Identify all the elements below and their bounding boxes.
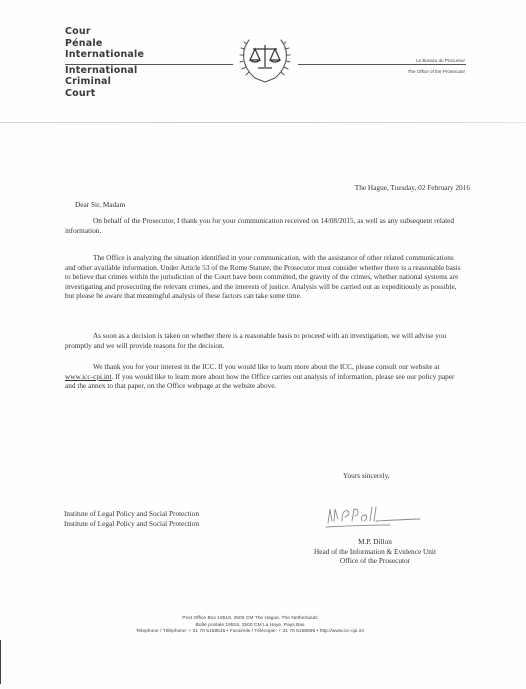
signer-block: M.P. Dillon Head of the Information & Ev… [290, 537, 460, 566]
paragraph-3: As soon as a decision is taken on whethe… [65, 331, 465, 350]
paragraph-4-text: We thank you for your interest in the IC… [93, 362, 440, 371]
header-rule-left [65, 64, 233, 65]
court-name-block: Cour Pénale Internationale International… [65, 26, 144, 99]
court-name-en-line: International [65, 65, 144, 77]
header-divider [0, 122, 526, 123]
court-name-fr-line: Pénale [65, 38, 144, 50]
court-name-en: International Criminal Court [65, 65, 144, 100]
signer-office: Office of the Prosecutor [290, 556, 460, 566]
court-name-fr: Cour Pénale Internationale [65, 26, 144, 61]
closing: Yours sincerely, [343, 471, 390, 481]
paragraph-4: We thank you for your interest in the IC… [65, 362, 465, 391]
letter-date: The Hague, Tuesday, 02 February 2016 [355, 183, 470, 192]
paragraph-1: On behalf of the Prosecutor, I thank you… [65, 216, 465, 235]
scan-edge-mark [0, 640, 1, 684]
office-name-fr: Le Bureau du Procureur [416, 58, 465, 63]
paragraph-2: The Office is analyzing the situation id… [65, 253, 465, 301]
court-name-fr-line: Cour [65, 26, 144, 38]
footer-address: Post Office Box 19519, 2500 CM The Hague… [80, 616, 420, 636]
letter-page: Cour Pénale Internationale International… [0, 0, 526, 689]
paragraph-4-text: . If you would like to learn more about … [65, 372, 454, 391]
header-rule-right [298, 64, 466, 65]
footer-line: Telephone / Téléphone: + 31 70 5158515 •… [80, 629, 420, 636]
court-name-en-line: Criminal [65, 76, 144, 88]
signer-name: M.P. Dillon [290, 537, 460, 547]
court-name-en-line: Court [65, 88, 144, 100]
scales-of-justice-laurel-icon [235, 34, 295, 86]
court-name-fr-line: Internationale [65, 49, 144, 61]
recipient-line: Institute of Legal Policy and Social Pro… [64, 509, 199, 519]
signer-title: Head of the Information & Evidence Unit [290, 547, 460, 557]
recipient-line: Institute of Legal Policy and Social Pro… [64, 519, 199, 529]
salutation: Dear Sir, Madam [75, 200, 125, 210]
office-name-en: The Office of the Prosecutor [408, 69, 465, 74]
website-link[interactable]: www.icc-cpi.int [65, 372, 112, 381]
footer-line: Post Office Box 19519, 2500 CM The Hague… [80, 616, 420, 623]
recipient-block: Institute of Legal Policy and Social Pro… [64, 509, 199, 528]
handwritten-signature [320, 503, 430, 531]
